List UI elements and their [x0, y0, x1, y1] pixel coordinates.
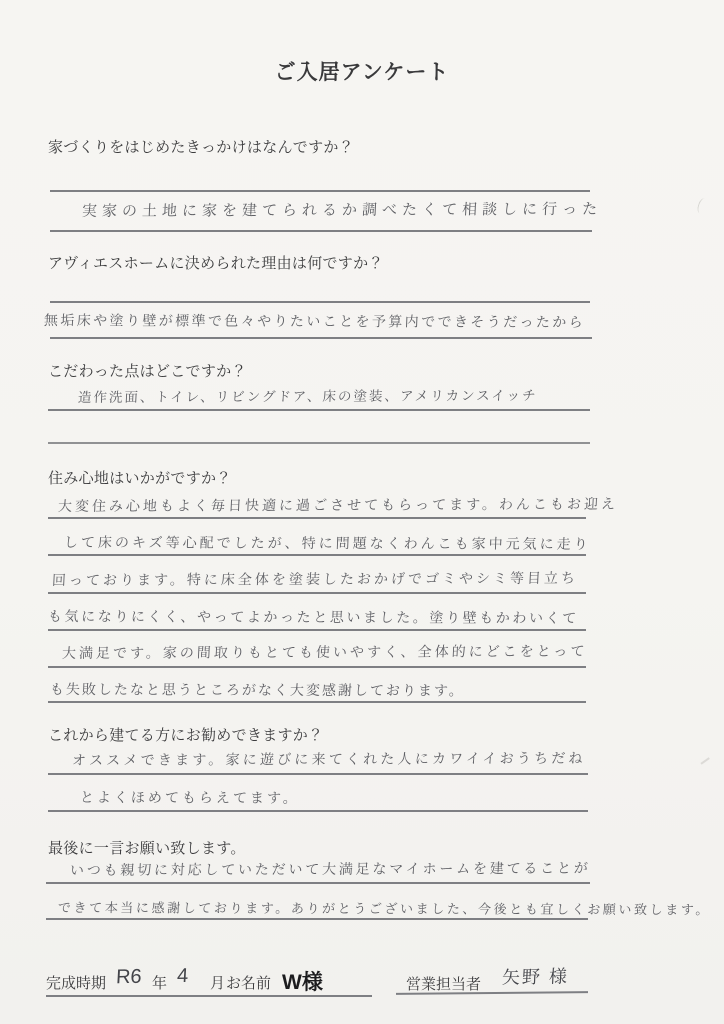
question-5-label: これから建てる方にお勧めできますか？	[48, 724, 323, 745]
footer-left-rule	[46, 995, 372, 997]
answer-4-rule-5	[48, 666, 586, 668]
answer-4-line-2: して床のキズ等心配でしたが、特に問題なくわんこも家中元気に走り	[64, 532, 591, 554]
answer-4-rule-2	[48, 554, 586, 556]
answer-2-rule-bottom	[50, 337, 592, 339]
scan-artifact-mark	[696, 197, 710, 215]
scanned-questionnaire-page: ご入居アンケート 家づくりをはじめたきっかけはなんですか？ 実家の土地に家を建て…	[0, 0, 724, 1024]
question-3-label: こだわった点はどこですか？	[48, 360, 247, 381]
answer-5-line-2: とよくほめてもらえてます。	[80, 787, 301, 808]
footer-right-rule	[396, 991, 588, 994]
answer-4-rule-3	[48, 592, 586, 594]
answer-2-rule-top	[50, 301, 590, 303]
year-unit-label: 年	[152, 972, 167, 993]
answer-4-line-4: も気になりにくく、やってよかったと思いました。塗り壁もかわいくて	[48, 606, 580, 628]
answer-6-line-1: いつも親切に対応していただいて大満足なマイホームを建てることが	[70, 858, 592, 880]
answer-3-rule-1	[48, 409, 590, 411]
answer-4-line-3: 回っております。特に床全体を塗装したおかげでゴミやシミ等目立ち	[52, 568, 579, 590]
question-2-label: アヴィエスホームに決められた理由は何ですか？	[48, 252, 384, 273]
answer-6-line-2: できて本当に感謝しております。ありがとうございました、今後とも宜しくお願い致しま…	[58, 897, 712, 918]
answer-3-line-1: 造作洗面、トイレ、リビングドア、床の塗装、アメリカンスイッチ	[78, 384, 539, 406]
question-1-label: 家づくりをはじめたきっかけはなんですか？	[48, 136, 354, 157]
answer-4-rule-6	[48, 701, 586, 703]
answer-4-rule-4	[48, 629, 586, 631]
answer-6-rule-2	[46, 918, 588, 920]
answer-2-line-1: 無垢床や塗り壁が標準で色々やりたいことを予算内でできそうだったから	[44, 310, 586, 332]
sales-agent-value: 矢野 様	[501, 962, 569, 989]
answer-4-line-6: も失敗したなと思うところがなく大変感謝しております。	[50, 679, 466, 700]
completion-month-value: 4	[176, 965, 188, 988]
answer-4-rule-1	[48, 517, 586, 519]
name-label: お名前	[226, 972, 271, 993]
answer-5-line-1: オススメできます。家に遊びに来てくれた人にカワイイおうちだね	[72, 748, 587, 770]
completion-date-label: 完成時期	[46, 972, 106, 993]
customer-name-value: W様	[282, 966, 323, 996]
answer-1-rule-bottom	[50, 230, 592, 232]
answer-1-line-1: 実家の土地に家を建てられるか調べたくて相談しに行った	[81, 198, 602, 221]
question-6-label: 最後に一言お願い致します。	[48, 837, 246, 858]
answer-5-rule-2	[48, 810, 588, 812]
answer-5-rule-1	[48, 773, 588, 775]
answer-1-rule-top	[50, 190, 590, 192]
question-4-label: 住み心地はいかがですか？	[48, 467, 232, 488]
month-unit-label: 月	[210, 972, 225, 993]
page-title: ご入居アンケート	[0, 56, 724, 86]
sales-agent-label: 営業担当者	[406, 973, 481, 994]
answer-4-line-5: 大満足です。家の間取りもとても使いやすく、全体的にどこをとって	[62, 641, 588, 663]
answer-6-rule-1	[46, 882, 590, 884]
answer-3-rule-2	[48, 442, 590, 444]
answer-4-line-1: 大変住み心地もよく毎日快適に過ごさせてもらってます。わんこもお迎え	[58, 494, 619, 516]
scan-artifact-mark	[700, 757, 709, 764]
completion-year-value: R6	[115, 966, 142, 989]
